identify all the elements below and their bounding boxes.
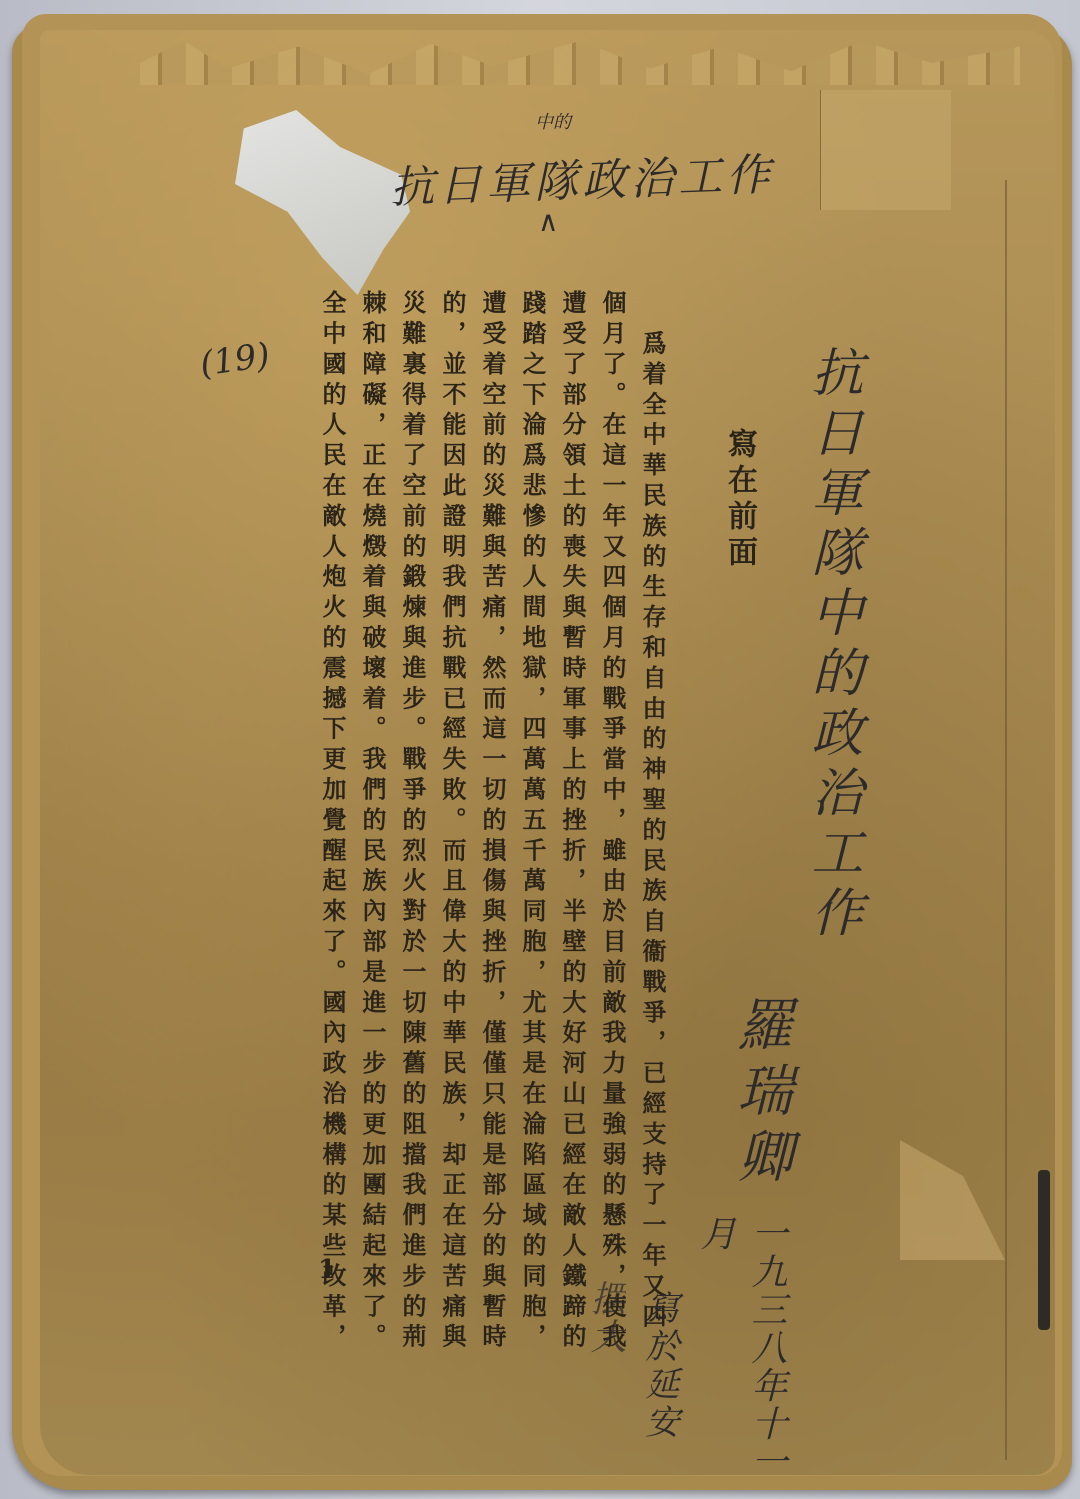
dark-tear [1038,1170,1050,1330]
page-margin-line [1005,180,1007,1460]
handwritten-title-top: 抗日軍隊政治工作 [389,138,775,215]
torn-top-edge [140,30,1020,85]
insertion-caret-icon: ∧ [538,205,559,238]
text-column: 遭受了部分領土的喪失與暫時軍事上的挫折，半壁的大好河山已經在敵人鐵蹄的 [560,290,584,1354]
handwritten-place: 寫於延安 [635,1290,684,1442]
text-column: 棘和障礙，正在燒燬着與破壞着。我們的民族內部是進一步的更加團結起來了。 [360,290,384,1354]
page-number: 1 [318,1255,336,1285]
text-column: 全中國的人民在敵人炮火的震撼下更加覺醒起來了。國內政治機構的某些改革， [320,290,344,1354]
text-column: 災難裏得着了空前的鍛煉與進步。戰爭的烈火對於一切陳舊的阻擋我們進步的荊 [400,290,424,1354]
document-page [40,30,1055,1475]
handwritten-insertion: 中的 [535,108,571,134]
text-column: 個月了。在這一年又四個月的戰爭當中，雖由於目前敵我力量強弱的懸殊，使我 [600,290,624,1354]
folded-corner-top [820,90,951,210]
folded-corner-bottom [900,1140,1005,1260]
text-column: 踐踏之下淪爲悲慘的人間地獄，四萬萬五千萬同胞，尤其是在淪陷區域的同胞， [520,290,544,1354]
handwritten-author: 羅瑞卿 [720,995,800,1193]
section-title: 寫在前面 [724,428,754,572]
handwritten-extra: 摆大 [580,1280,631,1356]
text-column: 遭受着空前的災難與苦痛，然而這一切的損傷與挫折，僅僅只能是部分的與暫時 [480,290,504,1354]
handwritten-date: 一九三八年十一月 [690,1215,792,1499]
handwritten-title-right: 抗日軍隊中的政治工作 [795,345,870,945]
paper-repair-patch [235,110,410,295]
text-column: 的，並不能因此證明我們抗戰已經失敗。而且偉大的中華民族，却正在這苦痛與 [440,290,464,1354]
text-column: 爲着全中華民族的生存和自由的神聖的民族自衞戰爭，已經支持了一年又四 [640,300,664,1334]
